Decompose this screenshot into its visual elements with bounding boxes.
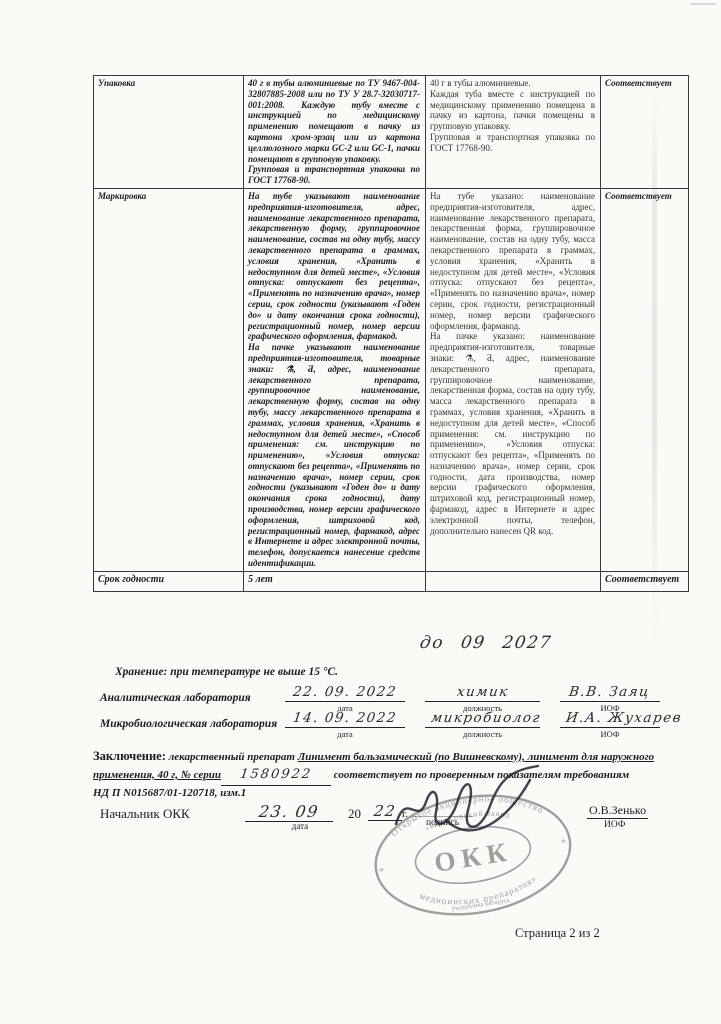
actual-cell-shelf-life xyxy=(426,571,601,591)
microbiological-lab-position-value: микробиолог xyxy=(430,710,542,726)
chief-name: О.В.Зенько xyxy=(587,803,648,819)
page-number: Страница 2 из 2 xyxy=(515,926,600,941)
analytical-lab-date-field: 22. 09. 2022 дата xyxy=(285,684,405,713)
table-row-packaging: Упаковка 40 г в тубы алюминиевые по ТУ 9… xyxy=(94,76,689,189)
stamp-left-star: * xyxy=(379,866,386,878)
analytical-lab-name-field: В.В. Заяц ИОФ xyxy=(560,684,660,713)
storage-conditions-line: Хранение: при температуре не выше 15 °С. xyxy=(115,666,338,678)
microbiological-lab-position-field: микробиолог должность xyxy=(425,710,540,739)
microbiological-lab-name-field: И.А. Жухарев ИОФ xyxy=(560,710,660,739)
chief-okk-row: Начальник ОКК 23. 09 20 22 г. дата xyxy=(100,806,190,822)
microbiological-lab-date-field: 14. 09. 2022 дата xyxy=(285,710,405,739)
scan-top-artifact xyxy=(690,3,716,5)
signature-sublabel: подпись xyxy=(412,816,473,828)
position-sublabel: должность xyxy=(425,728,540,739)
analytical-lab-position-field: химик должность xyxy=(425,684,540,713)
chief-okk-label: Начальник ОКК xyxy=(100,806,190,821)
spec-cell-packaging: 40 г в тубы алюминиевые по ТУ 9467-004-3… xyxy=(244,76,426,189)
conclusion-serial-field: 1580922 xyxy=(221,766,331,786)
result-cell-packaging: Соответствует xyxy=(601,76,689,189)
microbiological-lab-name-value: И.А. Жухарев xyxy=(565,710,683,726)
handwritten-shelf-life-date: до 09 2027 xyxy=(419,633,592,653)
handwritten-serial-number: 1580922 xyxy=(239,766,314,785)
chief-date-field: 23. 09 xyxy=(245,802,333,822)
conclusion-label: Заключение: xyxy=(93,749,166,763)
chief-signature xyxy=(388,762,558,847)
microbiological-lab-date-value: 14. 09. 2022 xyxy=(292,710,398,726)
actual-cell-packaging: 40 г в тубы алюминиевые. Каждая туба вме… xyxy=(426,76,601,189)
table-row-shelf-life: Срок годности 5 лет Соответствует xyxy=(94,571,689,591)
scanned-document-page: Упаковка 40 г в тубы алюминиевые по ТУ 9… xyxy=(0,0,721,1024)
microbiological-lab-row: Микробиологическая лаборатория 14. 09. 2… xyxy=(100,710,660,746)
chief-date-value: 23. 09 xyxy=(258,802,321,821)
analytical-lab-position-value: химик xyxy=(455,684,509,700)
spec-cell-shelf-life: 5 лет xyxy=(244,571,426,591)
param-cell-packaging: Упаковка xyxy=(94,76,244,189)
table-row-marking: Маркировка На тубе указывают наименовани… xyxy=(94,188,689,571)
spec-cell-marking: На тубе указывают наименование предприят… xyxy=(244,188,426,571)
stamp-right-star: * xyxy=(560,837,567,849)
conclusion-text-1: лекарственный препарат xyxy=(166,751,298,763)
microbiological-lab-label: Микробиологическая лаборатория xyxy=(100,718,277,730)
actual-cell-marking: На тубе указано: наименование предприяти… xyxy=(426,188,601,571)
iof-sublabel: ИОФ xyxy=(604,820,625,830)
iof-sublabel: ИОФ xyxy=(560,728,660,739)
result-cell-shelf-life: Соответствует xyxy=(601,571,689,591)
result-cell-marking: Соответствует xyxy=(601,188,689,571)
analytical-lab-name-value: В.В. Заяц xyxy=(568,684,651,700)
date-sublabel: дата xyxy=(260,821,340,831)
param-cell-marking: Маркировка xyxy=(94,188,244,571)
analytical-lab-date-value: 22. 09. 2022 xyxy=(292,684,398,700)
param-cell-shelf-life: Срок годности xyxy=(94,571,244,591)
spec-comparison-table: Упаковка 40 г в тубы алюминиевые по ТУ 9… xyxy=(93,75,689,592)
analytical-lab-label: Аналитическая лаборатория xyxy=(100,692,251,704)
date-sublabel: дата xyxy=(285,728,405,739)
